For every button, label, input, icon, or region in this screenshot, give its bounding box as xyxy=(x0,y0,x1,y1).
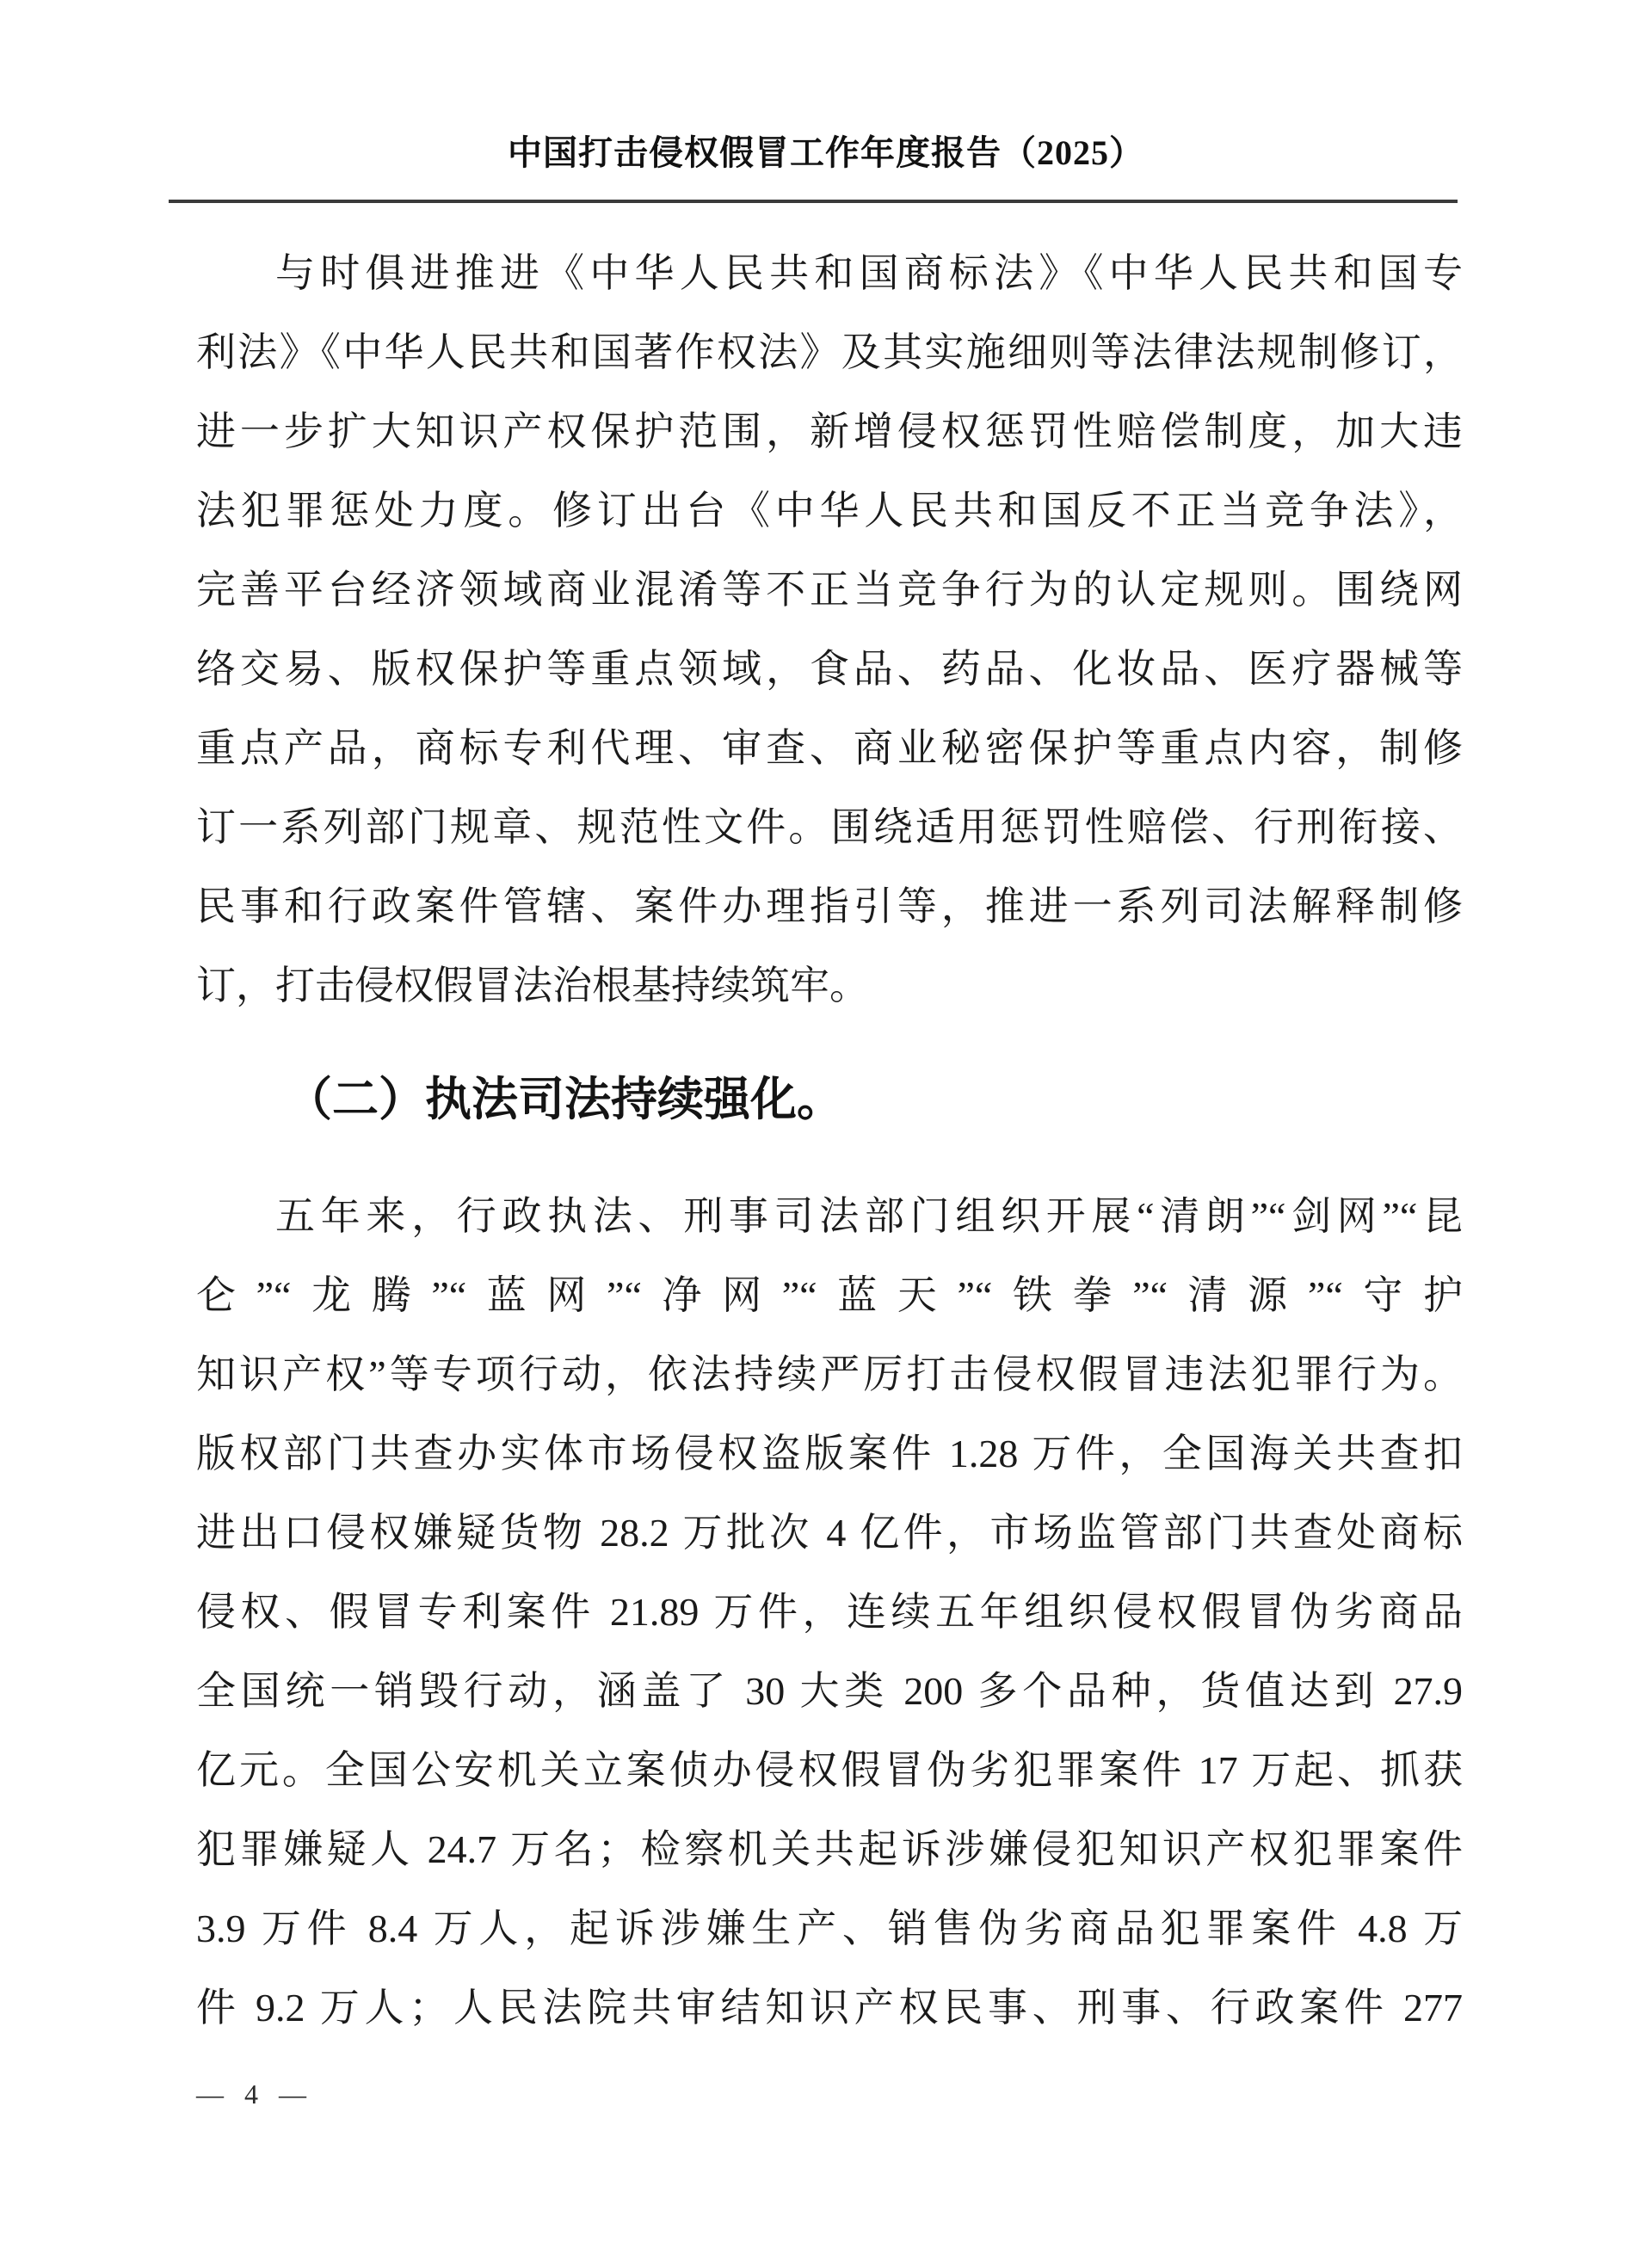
paragraph-1-line: 利法》《中华人民共和国著作权法》及其实施细则等法律法规制修订， xyxy=(196,313,1463,392)
paragraph-2-line: 侵权、假冒专利案件 21.89 万件，连续五年组织侵权假冒伪劣商品 xyxy=(196,1573,1463,1652)
section-heading: （二）执法司法持续强化。 xyxy=(196,1060,1463,1139)
document-body: 与时俱进推进《中华人民共和国商标法》《中华人民共和国专 利法》《中华人民共和国著… xyxy=(196,203,1463,2048)
paragraph-1-line: 完善平台经济领域商业混淆等不正当竞争行为的认定规则。围绕网 xyxy=(196,551,1463,630)
paragraph-2-line: 五年来，行政执法、刑事司法部门组织开展“清朗”“剑网”“昆 xyxy=(196,1177,1463,1256)
paragraph-2-line: 亿元。全国公安机关立案侦办侵权假冒伪劣犯罪案件 17 万起、抓获 xyxy=(196,1731,1463,1810)
document-page: 中国打击侵权假冒工作年度报告（2025） 与时俱进推进《中华人民共和国商标法》《… xyxy=(0,0,1652,2242)
paragraph-1-line: 民事和行政案件管辖、案件办理指引等，推进一系列司法解释制修 xyxy=(196,867,1463,946)
page-header-title: 中国打击侵权假冒工作年度报告（2025） xyxy=(0,0,1652,177)
paragraph-2-line: 件 9.2 万人；人民法院共审结知识产权民事、刑事、行政案件 277 xyxy=(196,1968,1463,2048)
paragraph-1-line: 订一系列部门规章、规范性文件。围绕适用惩罚性赔偿、行刑衔接、 xyxy=(196,788,1463,867)
paragraph-2-line: 版权部门共查办实体市场侵权盗版案件 1.28 万件，全国海关共查扣 xyxy=(196,1414,1463,1494)
paragraph-2-line: 全国统一销毁行动，涵盖了 30 大类 200 多个品种，货值达到 27.9 xyxy=(196,1652,1463,1731)
paragraph-1-line: 络交易、版权保护等重点领域，食品、药品、化妆品、医疗器械等 xyxy=(196,630,1463,709)
paragraph-1-line: 订，打击侵权假冒法治根基持续筑牢。 xyxy=(196,946,1463,1026)
paragraph-2-line: 3.9 万件 8.4 万人，起诉涉嫌生产、销售伪劣商品犯罪案件 4.8 万 xyxy=(196,1889,1463,1968)
paragraph-1-line: 进一步扩大知识产权保护范围，新增侵权惩罚性赔偿制度，加大违 xyxy=(196,392,1463,471)
paragraph-1-line: 法犯罪惩处力度。修订出台《中华人民共和国反不正当竞争法》， xyxy=(196,471,1463,551)
paragraph-1-line: 与时俱进推进《中华人民共和国商标法》《中华人民共和国专 xyxy=(196,234,1463,313)
paragraph-2-line: 进出口侵权嫌疑货物 28.2 万批次 4 亿件，市场监管部门共查处商标 xyxy=(196,1494,1463,1573)
paragraph-2-line: 仑”“龙腾”“蓝网”“净网”“蓝天”“铁拳”“清源”“守护 xyxy=(196,1256,1463,1335)
page-number: — 4 — xyxy=(196,2079,313,2110)
paragraph-2-line: 犯罪嫌疑人 24.7 万名；检察机关共起诉涉嫌侵犯知识产权犯罪案件 xyxy=(196,1810,1463,1889)
paragraph-1-line: 重点产品，商标专利代理、审查、商业秘密保护等重点内容，制修 xyxy=(196,709,1463,788)
paragraph-2-line: 知识产权”等专项行动，依法持续严厉打击侵权假冒违法犯罪行为。 xyxy=(196,1335,1463,1414)
